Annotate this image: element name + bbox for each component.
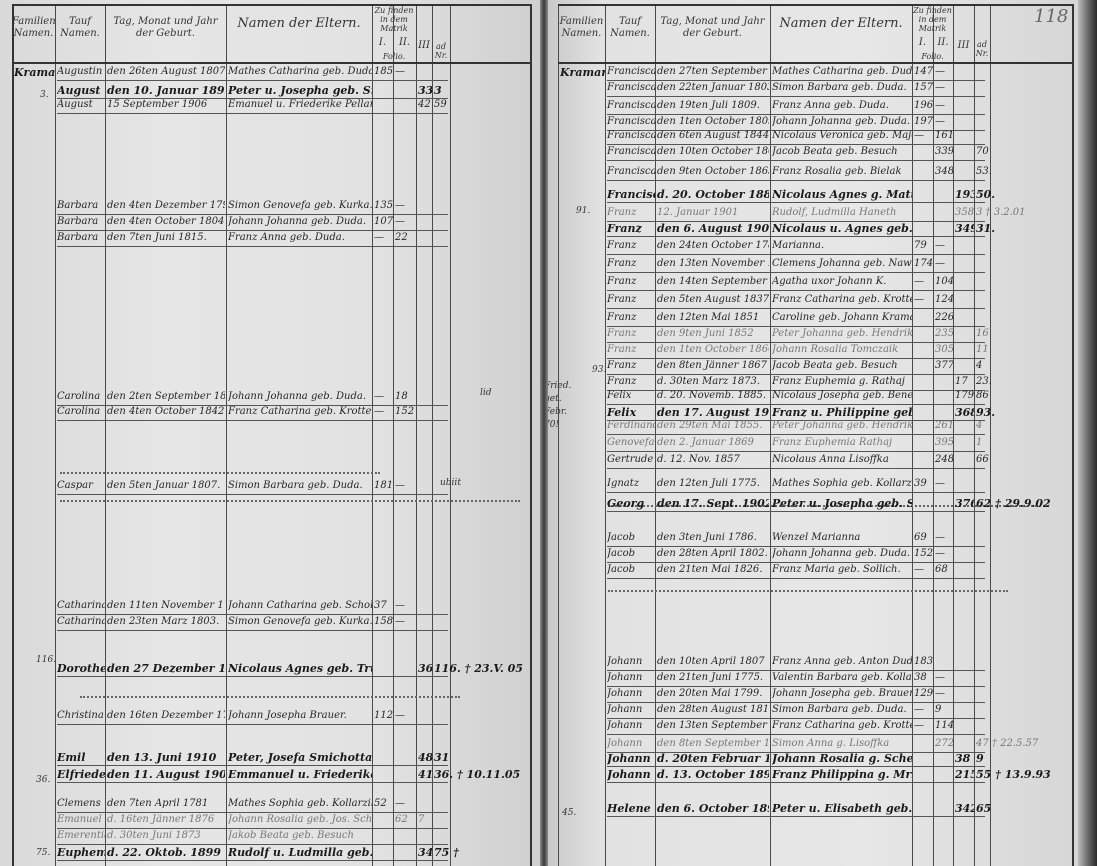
entry-folio-i: 79 [914, 240, 933, 251]
entry-first-name: Jacob [607, 548, 655, 559]
entry-nr: 75 † [434, 846, 529, 859]
header-folio: Folio. [912, 52, 953, 61]
header-first-name: Tauf Namen. [55, 16, 105, 40]
entry-nr: 23. [976, 376, 1071, 387]
entry-birth-date: den 10ten October 1864 [657, 146, 769, 157]
entry-nr: 11 [976, 344, 1071, 355]
entry-folio-i: 37 [374, 600, 393, 611]
entry-parents: Johann Josepha geb. Brauer [772, 688, 912, 699]
entry-folio-ii: — [935, 672, 953, 683]
entry-parents: Nicolaus Josepha geb. Benesch [772, 390, 912, 401]
rule [393, 4, 394, 866]
entry-birth-date: den 21ten Mai 1826. [657, 564, 769, 575]
row-rule [57, 230, 448, 231]
entry-folio-ii: 339 [935, 146, 953, 157]
entry-birth-date: den 11. August 1905 [107, 768, 225, 781]
entry-folio-ii: 114 [935, 720, 953, 731]
entry-first-name: Genovefa [607, 437, 655, 448]
entry-folio-ii: 22 [395, 232, 416, 243]
entry-parents: Jacob Beata geb. Besuch [772, 360, 912, 371]
entry-first-name: Francisca [607, 130, 655, 141]
rule [530, 4, 532, 866]
rule [933, 4, 934, 866]
rule [105, 4, 106, 866]
entry-first-name: Barbara [57, 232, 105, 243]
row-rule [607, 511, 985, 512]
entry-first-name: Johann [607, 720, 655, 731]
entry-parents: Franz Anna geb. Duda. [772, 100, 912, 111]
entry-nr: 66 [976, 454, 1071, 465]
entry-folio-iii: 332 [418, 84, 432, 97]
entry-folio-ii: 272 [935, 738, 953, 749]
struck-entry [60, 500, 520, 502]
entry-parents: Johann Josepha Brauer. [228, 710, 372, 721]
entry-birth-date: den 27 Dezember 1901 [107, 662, 225, 675]
entry-parents: Rudolf, Ludmilla Haneth [772, 207, 912, 218]
entry-folio-i: 52 [374, 798, 393, 809]
entry-folio-i: 174 [914, 258, 933, 269]
entry-folio-iii: 38 [955, 752, 974, 765]
entry-nr: 3 [434, 84, 529, 97]
entry-folio-ii: 124 [935, 294, 953, 305]
row-rule [607, 718, 985, 719]
rule [974, 4, 975, 866]
entry-birth-date: den 9ten October 1865. [657, 166, 769, 177]
entry-parents: Jacob Beata geb. Besuch [772, 146, 912, 157]
header-col-nr: ad Nr. [974, 40, 990, 58]
entry-first-name: Franz [607, 222, 655, 235]
rule [12, 4, 14, 866]
header-parents: Namen der Eltern. [226, 18, 372, 30]
entry-folio-i: 152 [914, 548, 933, 559]
entry-first-name: Ferdinand [607, 420, 655, 431]
header-col-i: I. [372, 37, 393, 49]
entry-first-name: Carolina [57, 391, 105, 402]
entry-parents: Emanuel u. Friederike Pellarin [228, 99, 372, 110]
entry-nr: 116. † 23.V. 05 [434, 662, 529, 675]
entry-parents: Emmanuel u. Friederike geb. Pellarin [228, 768, 372, 781]
row-rule [57, 765, 448, 766]
entry-parents: Franz Catharina geb. Krotten. [772, 294, 912, 305]
entry-parents: Nicolaus Agnes geb. Trubetta [228, 662, 372, 675]
entry-parents: Caroline geb. Johann Kramarz [772, 312, 912, 323]
header-folio: Folio. [372, 52, 416, 61]
entry-birth-date: den 3ten Juni 1786. [657, 532, 769, 543]
entry-folio-ii: 9 [935, 704, 953, 715]
entry-birth-date: den 16ten Dezember 1797. [107, 710, 225, 721]
page-number: 118 [1034, 6, 1068, 27]
entry-folio-ii: 152 [395, 406, 416, 417]
entry-parents: Peter u. Josepha geb. Smichotta [772, 497, 912, 510]
right-page: Familien Namen. Tauf Namen. Tag, Monat u… [548, 0, 1078, 866]
struck-entry [60, 472, 380, 474]
entry-first-name: Francisca [607, 82, 655, 93]
entry-parents: Nicolaus Anna Lisoffka [772, 454, 912, 465]
entry-folio-iii: 368 [955, 406, 974, 419]
entry-folio-i: 197 [914, 116, 933, 127]
entry-folio-ii: 261 [935, 420, 953, 431]
entry-folio-iii: 358 [955, 207, 974, 218]
entry-birth-date: den 7ten Juni 1815. [107, 232, 225, 243]
entry-folio-iii: 481 [418, 751, 432, 764]
entry-birth-date: d. 30ten Juni 1873 [107, 830, 225, 841]
margin-number: 93. [592, 365, 606, 375]
margin-number: 3. [40, 90, 49, 100]
entry-parents: Peter u. Elisabeth geb. Kupka [772, 802, 912, 815]
entry-birth-date: d. 13. October 1890. [657, 768, 769, 781]
header-col-iii: III [953, 40, 974, 52]
entry-nr: 36. † 10.11.05 [434, 768, 529, 781]
entry-birth-date: den 8ten Jänner 1867 [657, 360, 769, 371]
entry-first-name: Franz [607, 312, 655, 323]
margin-number: 45. [562, 808, 576, 818]
entry-parents: Mathes Catharina geb. Duda. [772, 66, 912, 77]
entry-folio-iii: 17 [955, 376, 974, 387]
entry-birth-date: den 10. Januar 1899 [107, 84, 225, 97]
header-found-in: Zu finden in dem Matrik [912, 6, 953, 33]
entry-birth-date: den 5ten August 1837. [657, 294, 769, 305]
row-rule [607, 734, 985, 735]
entry-folio-iii: 349 [955, 222, 974, 235]
entry-first-name: Johann [607, 656, 655, 667]
entry-first-name: Augustin [57, 66, 105, 77]
header-family-name: Familien Namen. [558, 16, 605, 40]
entry-folio-ii: — [395, 600, 416, 611]
entry-folio-ii: 18 [395, 391, 416, 402]
row-rule [57, 630, 448, 631]
entry-birth-date: den 1ten October 1809. [657, 116, 769, 127]
entry-nr: 16 [976, 328, 1071, 339]
entry-birth-date: den 19ten Juli 1809. [657, 100, 769, 111]
entry-folio-ii: — [935, 100, 953, 111]
entry-first-name: Helene [607, 802, 655, 815]
entry-first-name: Catharina [57, 600, 105, 611]
entry-folio-i: 129 [914, 688, 933, 699]
row-rule [57, 614, 448, 615]
entry-parents: Franz Rosalia geb. Bielak [772, 166, 912, 177]
entry-folio-iii: 215 [955, 768, 974, 781]
entry-first-name: Franz [607, 344, 655, 355]
entry-parents: Simon Barbara geb. Duda. [228, 480, 372, 491]
row-rule [607, 686, 985, 687]
entry-first-name: Franz [607, 240, 655, 251]
entry-first-name: Francisca [607, 116, 655, 127]
entry-folio-iii: 193 [955, 188, 974, 201]
entry-first-name: Euphemia [57, 846, 105, 859]
row-rule [607, 562, 985, 563]
margin-number: 36. [36, 775, 50, 785]
entry-birth-date: den 29ten Mai 1855. [657, 420, 769, 431]
entry-folio-iii: 369 [418, 662, 432, 675]
row-rule [57, 724, 448, 725]
entry-folio-ii: — [935, 688, 953, 699]
entry-first-name: Ignatz [607, 478, 655, 489]
entry-nr: 3 † 3.2.01 [976, 207, 1071, 218]
row-rule [607, 160, 985, 161]
row-rule [607, 546, 985, 547]
entry-first-name: Jacob [607, 564, 655, 575]
entry-birth-date: den 4ten Dezember 1799. [107, 200, 225, 211]
row-rule [607, 434, 985, 435]
entry-folio-i: — [914, 704, 933, 715]
entry-birth-date: d. 20ten Februar 1874. [657, 752, 769, 765]
entry-folio-i: 69 [914, 532, 933, 543]
entry-first-name: Franciscus [607, 188, 655, 201]
entry-birth-date: den 12ten Mai 1851 [657, 312, 769, 323]
entry-parents: Nicolaus u. Agnes geb. Kubitta [772, 222, 912, 235]
entry-birth-date: den 26ten August 1807. [107, 66, 225, 77]
entry-folio-ii: — [935, 82, 953, 93]
rule [12, 62, 530, 64]
entry-birth-date: den 21ten Juni 1775. [657, 672, 769, 683]
entry-folio-i: 39 [914, 478, 933, 489]
rule [55, 4, 56, 866]
row-rule [607, 374, 985, 375]
row-rule [57, 812, 448, 813]
entry-birth-date: den 1ten October 1860 [657, 344, 769, 355]
entry-folio-ii: 226 [935, 312, 953, 323]
entry-nr: 4 [976, 420, 1071, 431]
rule [416, 4, 417, 866]
entry-folio-i: — [374, 232, 393, 243]
entry-folio-i: — [914, 564, 933, 575]
entry-birth-date: den 23ten Marz 1803. [107, 616, 225, 627]
entry-birth-date: 15 September 1906 [107, 99, 225, 110]
entry-birth-date: den 28ten August 1812. [657, 704, 769, 715]
entry-first-name: Franz [607, 258, 655, 269]
entry-first-name: Emil [57, 751, 105, 764]
entry-folio-i: — [914, 294, 933, 305]
row-rule [607, 144, 985, 145]
rule [953, 4, 954, 866]
entry-parents: Johann Johanna geb. Duda. [772, 116, 912, 127]
entry-first-name: Felix [607, 390, 655, 401]
entry-birth-date: den 13ten September 1835. [657, 720, 769, 731]
row-rule [607, 702, 985, 703]
entry-nr: 31. [976, 222, 1071, 235]
entry-birth-date: d. 20. Novemb. 1885. [657, 390, 769, 401]
entry-folio-ii: — [395, 200, 416, 211]
entry-birth-date: den 4ten October 1842. [107, 406, 225, 417]
row-rule [607, 272, 985, 273]
entry-parents: Franz Anna geb. Anton Duda [772, 656, 912, 667]
row-rule [607, 342, 985, 343]
entry-first-name: Franz [607, 328, 655, 339]
row-rule [57, 844, 448, 845]
entry-first-name: Francisca [607, 166, 655, 177]
row-rule [57, 828, 448, 829]
entry-folio-ii: — [935, 548, 953, 559]
row-rule [57, 494, 448, 495]
entry-first-name: Caspar [57, 480, 105, 491]
row-rule [607, 254, 985, 255]
entry-parents: Nicolaus Veronica geb. Majorek. [772, 130, 912, 141]
entry-folio-ii: 235 [935, 328, 953, 339]
entry-birth-date: d. 22. Oktob. 1899 [107, 846, 225, 859]
entry-first-name: Franz [607, 294, 655, 305]
entry-folio-ii: — [395, 616, 416, 627]
entry-first-name: August [57, 99, 105, 110]
entry-birth-date: den 20ten Mai 1799. [657, 688, 769, 699]
entry-parents: Rudolf u. Ludmilla geb. Haneth [228, 846, 372, 859]
rule [12, 4, 530, 6]
entry-folio-ii: — [935, 478, 953, 489]
entry-parents: Simon Barbara geb. Duda. [772, 704, 912, 715]
entry-parents: Franz Catharina geb. Krotten. [228, 406, 372, 417]
entry-birth-date: d. 30ten Marz 1873. [657, 376, 769, 387]
entry-nr: 86 [976, 390, 1071, 401]
row-rule [607, 766, 985, 767]
entry-folio-iii: 342 [955, 802, 974, 815]
entry-parents: Clemens Johanna geb. Nawrath [772, 258, 912, 269]
entry-nr: 31 [434, 751, 529, 764]
header-col-nr: ad Nr. [432, 42, 450, 60]
entry-first-name: Elfriede [57, 768, 105, 781]
row-rule [57, 113, 448, 114]
entry-first-name: Carolina [57, 406, 105, 417]
row-rule [607, 326, 985, 327]
entry-folio-iii: 376 [955, 497, 974, 510]
entry-parents: Johann Rosalia geb. Jos. Schefczyk [228, 814, 372, 825]
row-rule [57, 782, 448, 783]
entry-folio-ii: 348 [935, 166, 953, 177]
entry-folio-ii: 395 [935, 437, 953, 448]
entry-parents: Simon Genovefa geb. Kurka. [228, 616, 372, 627]
entry-first-name: Johann [607, 752, 655, 765]
row-rule [57, 420, 448, 421]
entry-folio-ii: 68 [935, 564, 953, 575]
entry-birth-date: den 4ten October 1804. [107, 216, 225, 227]
entry-birth-date: den 13. Juni 1910 [107, 751, 225, 764]
entry-birth-date: den 9ten Juni 1852 [657, 328, 769, 339]
entry-parents: Franz Anna geb. Duda. [228, 232, 372, 243]
entry-folio-ii: 161 [935, 130, 953, 141]
entry-parents: Simon Genovefa geb. Kurka. [228, 200, 372, 211]
entry-parents: Johann Johanna geb. Duda. [228, 216, 372, 227]
entry-birth-date: den 2ten September 1814. [107, 391, 225, 402]
entry-first-name: Franz [607, 207, 655, 218]
entry-nr: 62 † 29.9.02 [976, 497, 1071, 510]
entry-birth-date: den 22ten Januar 1803. [657, 82, 769, 93]
row-rule [607, 236, 985, 237]
header-birth-date: Tag, Monat und Jahr der Geburt. [105, 16, 226, 40]
margin-number: 91. [576, 206, 590, 216]
header-col-iii: III [416, 40, 432, 52]
entry-folio-i: — [374, 406, 393, 417]
entry-first-name: Johann [607, 688, 655, 699]
entry-folio-i: — [914, 276, 933, 287]
entry-folio-ii: 104 [935, 276, 953, 287]
entry-birth-date: den 5ten Januar 1807. [107, 480, 225, 491]
entry-first-name: Catharina [57, 616, 105, 627]
entry-parents: Peter u. Josepha geb. Smichotta [228, 84, 372, 97]
entry-parents: Simon Anna g. Lisoffka [772, 738, 912, 749]
entry-parents: Johann Johanna geb. Duda. [228, 391, 372, 402]
entry-folio-ii: — [935, 532, 953, 543]
margin-note: lid [480, 388, 492, 398]
row-rule [607, 308, 985, 309]
row-rule [57, 246, 448, 247]
entry-first-name: Franz [607, 360, 655, 371]
entry-folio-iii: 417 [418, 768, 432, 781]
entry-parents: Marianna. [772, 240, 912, 251]
header-col-ii: II. [933, 37, 953, 49]
entry-nr: 1 [976, 437, 1071, 448]
rule [372, 4, 373, 866]
entry-folio-i: 157 [914, 82, 933, 93]
rule [432, 4, 433, 866]
entry-birth-date: den 8ten September 1857 [657, 738, 769, 749]
entry-first-name: Francisca [607, 146, 655, 157]
row-rule [607, 80, 985, 81]
register-spread: Familien Namen. Tauf Namen. Tag, Monat u… [0, 0, 1097, 866]
header-birth-date: Tag, Monat und Jahr der Geburt. [655, 16, 770, 40]
entry-folio-i: 112 [374, 710, 393, 721]
left-page: Familien Namen. Tauf Namen. Tag, Monat u… [0, 0, 540, 866]
entry-parents: Peter, Josefa Smichotta [228, 751, 372, 764]
entry-birth-date: den 11ten November 1774. [107, 600, 225, 611]
entry-first-name: Emerentiana [57, 830, 105, 841]
entry-folio-iii: 179 [955, 390, 974, 401]
entry-folio-ii: — [395, 66, 416, 77]
entry-parents: Franz Euphemia g. Rathaj [772, 376, 912, 387]
row-rule [57, 676, 448, 677]
entry-first-name: Johann [607, 738, 655, 749]
row-rule [607, 202, 985, 203]
entry-first-name: Johann [607, 672, 655, 683]
entry-first-name: Francisca [607, 100, 655, 111]
family-name: Kramarz [560, 66, 605, 79]
row-rule [607, 114, 985, 115]
entry-folio-i: — [374, 391, 393, 402]
entry-folio-i: 158 [374, 616, 393, 627]
row-rule [607, 816, 985, 817]
entry-birth-date: den 2. Januar 1869 [657, 437, 769, 448]
entry-parents: Nicolaus Agnes g. Mattl. Kubitta [772, 188, 912, 201]
entry-parents: Peter Johanna geb. Hendrik [772, 420, 912, 431]
entry-folio-ii: 305 [935, 344, 953, 355]
entry-first-name: Franz [607, 276, 655, 287]
entry-first-name: Georg [607, 497, 655, 510]
header-col-ii: II. [393, 37, 416, 49]
row-rule [607, 451, 985, 452]
entry-first-name: August [57, 84, 105, 97]
entry-nr: 4 [976, 360, 1071, 371]
entry-first-name: Barbara [57, 200, 105, 211]
entry-birth-date: den 10ten April 1807 [657, 656, 769, 667]
entry-folio-i: 196 [914, 100, 933, 111]
entry-parents: Franz Philippina g. Mrkwa [772, 768, 912, 781]
entry-nr: 59 [434, 99, 529, 110]
entry-nr: 50. [976, 188, 1071, 201]
entry-birth-date: den 6ten August 1844. [657, 130, 769, 141]
entry-nr: 47 † 22.5.57 [976, 738, 1071, 749]
entry-parents: Jakob Beata geb. Besuch [228, 830, 372, 841]
entry-birth-date: den 6. August 1900. [657, 222, 769, 235]
rule [558, 62, 1072, 64]
header-found-in: Zu finden in dem Matrik [372, 6, 416, 33]
entry-first-name: Johann [607, 704, 655, 715]
entry-birth-date: den 27ten September 1801. [657, 66, 769, 77]
rule [605, 4, 606, 866]
entry-birth-date: den 12ten Juli 1775. [657, 478, 769, 489]
entry-birth-date: d. 12. Nov. 1857 [657, 454, 769, 465]
entry-parents: Peter Johanna geb. Hendrik [772, 328, 912, 339]
entry-parents: Franz u. Philippine geb. Mrkwa [772, 406, 912, 419]
entry-nr: 53. [976, 166, 1071, 177]
entry-birth-date: den 28ten April 1802. [657, 548, 769, 559]
entry-first-name: Clemens [57, 798, 105, 809]
